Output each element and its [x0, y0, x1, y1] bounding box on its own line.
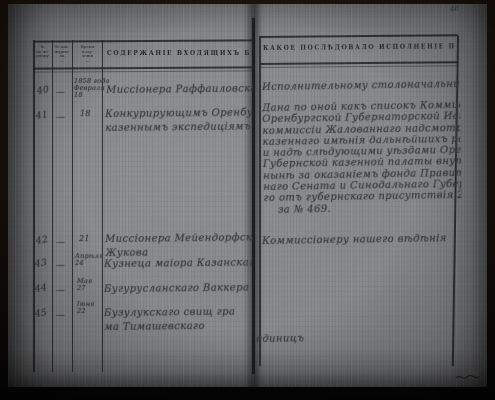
row-40-content: Миссіонера Раффаиловскаго	[106, 82, 253, 97]
header-col-received: Время полу- ченія —	[74, 45, 101, 63]
row-42-date: 21	[79, 235, 99, 242]
row-44-date: Мая 27	[77, 278, 101, 292]
header-left-title: СОДЕРЖАНІЕ ВХОДЯЩИХЪ БУМАГЪ	[107, 50, 252, 57]
header-col-order: № по по- рядку	[34, 45, 51, 59]
folio-number: 48	[450, 5, 460, 14]
row-45-date: Іюня 22	[77, 301, 101, 315]
row-42-number: 42	[35, 235, 49, 247]
rule-col-order	[52, 40, 53, 372]
row-43-number: 43	[34, 258, 48, 270]
row-43-date: Апрѣля 24	[75, 253, 101, 267]
row-41-date: 18	[80, 110, 100, 117]
row-44-content: Бугурусланскаго Ваккера	[104, 281, 252, 296]
row-43-content: Кузнеца маіора Казанскаго	[104, 256, 252, 271]
rule-col-journal	[72, 40, 73, 372]
row-40-mark: —	[56, 88, 65, 98]
header-col-journal: № док. журна- ла —	[53, 45, 71, 63]
row-45-number: 45	[34, 308, 48, 320]
row-45-content: Бузулукскаго свищ гра ма Тимашевскаго	[104, 305, 252, 334]
rule-left-border	[33, 40, 35, 372]
row-45-mark: —	[56, 311, 65, 321]
rule-right-inner-border	[259, 36, 261, 366]
row-44-mark: —	[56, 286, 65, 296]
row-44-number: 44	[34, 283, 48, 295]
row-41-mark: —	[56, 113, 65, 123]
row-45-resolution: единицъ	[256, 332, 356, 345]
row-41-resolution: Дана по оной какъ списокъ Коммиссіонера …	[262, 100, 462, 216]
scanned-ledger-photo: 48 № по по- рядку № док. журна- ла — Вре…	[0, 0, 495, 400]
row-40-number: 40	[36, 85, 50, 97]
row-42-mark: —	[56, 238, 65, 248]
row-41-number: 41	[35, 110, 49, 122]
row-41-content: Конкурирующимъ Оренбургскимъ казеннымъ э…	[105, 106, 253, 135]
row-43-mark: —	[56, 261, 65, 271]
row-40-date: 1858 года Февраля 18	[74, 78, 101, 99]
rule-gutter-line	[252, 18, 255, 374]
